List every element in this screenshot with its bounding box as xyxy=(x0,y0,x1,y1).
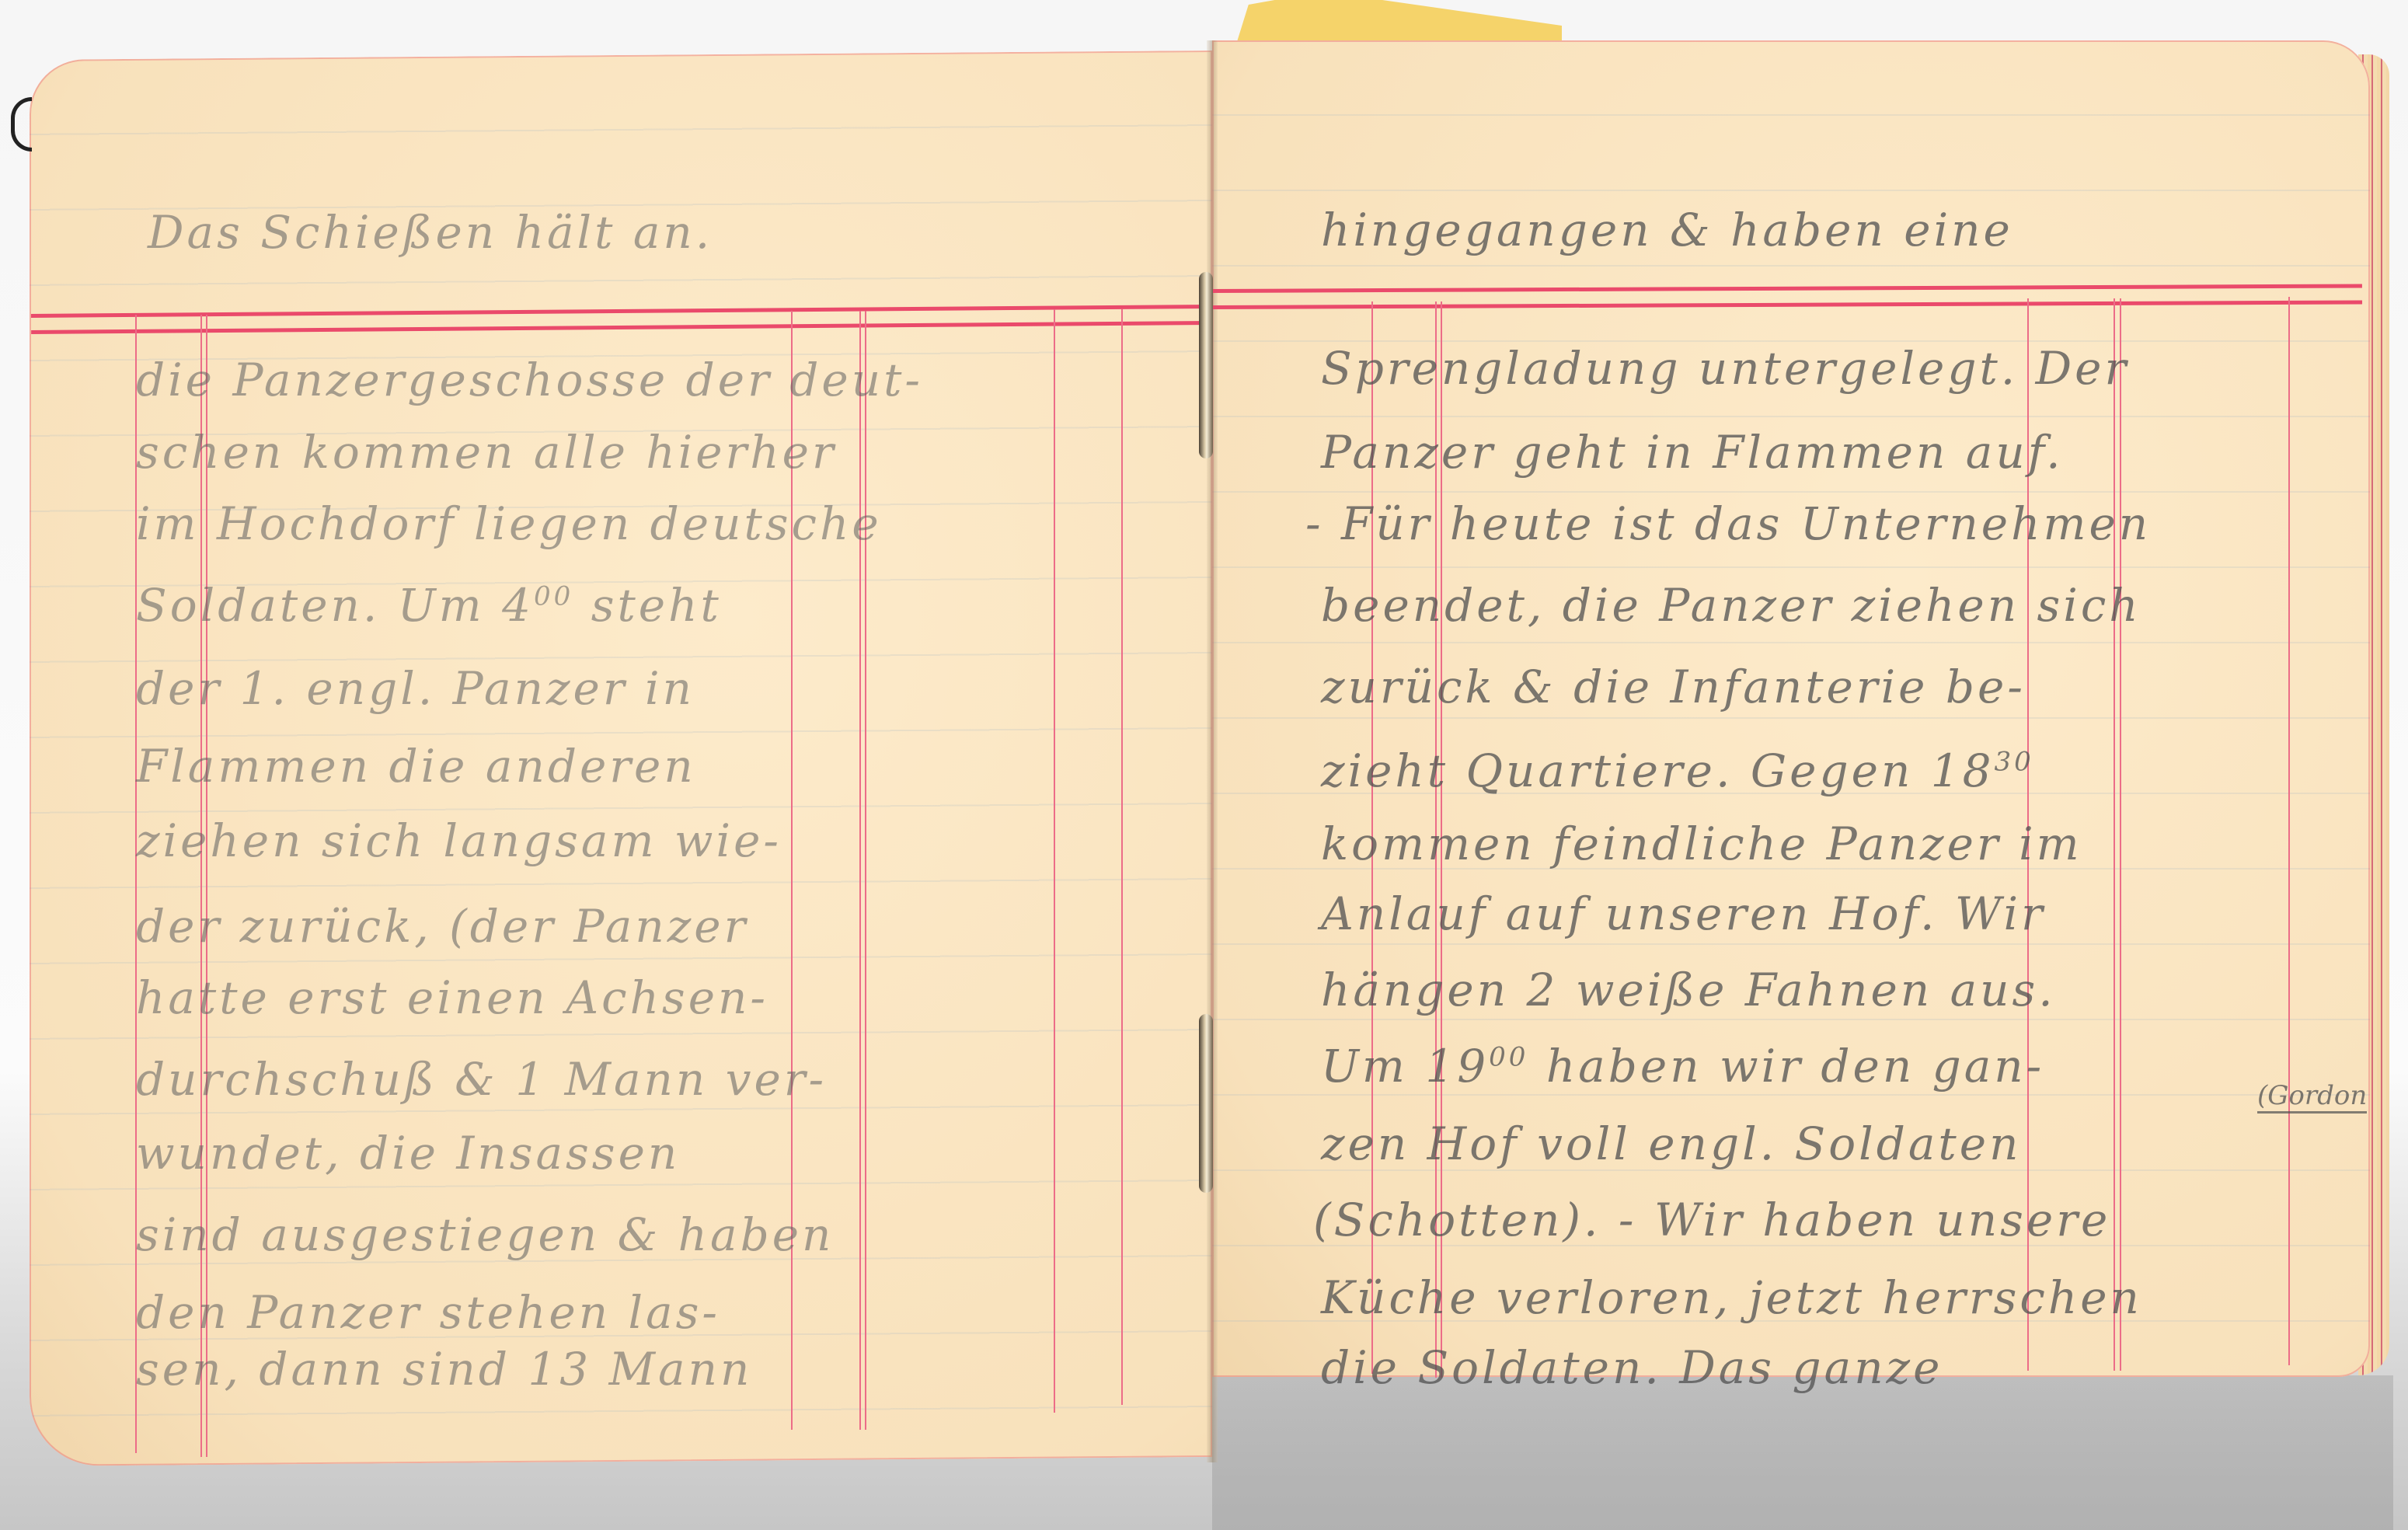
handwritten-line: kommen feindliche Panzer im xyxy=(1321,817,2082,870)
handwritten-line: den Panzer stehen las- xyxy=(136,1286,720,1339)
handwritten-line: Anlauf auf unseren Hof. Wir xyxy=(1321,887,2046,940)
handwritten-line: Sprengladung untergelegt. Der xyxy=(1321,342,2129,395)
line-text: steht xyxy=(573,579,722,632)
column-line xyxy=(1054,309,1055,1413)
handwritten-line: Flammen die anderen xyxy=(136,740,696,793)
column-line xyxy=(2120,298,2121,1371)
yellow-page-tab xyxy=(1235,0,1562,47)
left-header-line: Das Schießen hält an. xyxy=(148,206,713,259)
staple-top xyxy=(1199,272,1213,458)
column-line xyxy=(1121,309,1123,1405)
handwritten-line: sind ausgestiegen & haben xyxy=(136,1208,834,1261)
line-text: Soldaten. Um 4 xyxy=(136,579,534,632)
handwritten-line: der zurück, (der Panzer xyxy=(136,900,748,953)
handwritten-line: Um 1900 haben wir den gan- xyxy=(1321,1040,2044,1093)
book-gutter xyxy=(1207,40,1218,1462)
handwritten-line: Soldaten. Um 400 steht xyxy=(136,579,722,632)
time-minutes: 00 xyxy=(1489,1042,1528,1073)
column-line xyxy=(135,315,137,1453)
handwritten-line: hatte erst einen Achsen- xyxy=(136,971,768,1024)
time-minutes: 30 xyxy=(1995,747,2034,778)
column-line xyxy=(791,311,793,1430)
column-line xyxy=(865,311,866,1430)
line-text: haben wir den gan- xyxy=(1528,1040,2044,1093)
scan-background-shadow xyxy=(1212,1375,2393,1530)
staple-bottom xyxy=(1199,1014,1213,1193)
handwritten-line: sen, dann sind 13 Mann xyxy=(136,1343,752,1396)
handwritten-line: zen Hof voll engl. Soldaten xyxy=(1321,1117,2021,1170)
handwritten-line: durchschuß & 1 Mann ver- xyxy=(136,1053,827,1106)
handwritten-line: schen kommen alle hierher xyxy=(136,426,837,479)
column-line xyxy=(2114,298,2115,1371)
handwritten-line: hängen 2 weiße Fahnen aus. xyxy=(1321,964,2056,1016)
handwritten-line: ziehen sich langsam wie- xyxy=(136,814,782,867)
column-line xyxy=(859,311,861,1430)
handwritten-line: die Soldaten. Das ganze xyxy=(1321,1341,1943,1394)
handwritten-line: die Panzergeschosse der deut- xyxy=(136,354,923,406)
line-text: zieht Quartiere. Gegen 18 xyxy=(1321,744,1995,797)
line-text: Um 19 xyxy=(1321,1040,1489,1093)
handwritten-line: Küche verloren, jetzt herrschen xyxy=(1321,1271,2142,1324)
handwritten-line: Panzer geht in Flammen auf. xyxy=(1321,426,2064,479)
handwritten-line: zieht Quartiere. Gegen 1830 xyxy=(1321,744,2034,797)
handwritten-line: beendet, die Panzer ziehen sich xyxy=(1321,579,2141,632)
handwritten-line: der 1. engl. Panzer in xyxy=(136,662,695,715)
handwritten-line: im Hochdorf liegen deutsche xyxy=(136,497,882,550)
column-line xyxy=(2288,297,2290,1365)
margin-annotation: (Gordon xyxy=(2257,1080,2367,1114)
handwritten-line: - Für heute ist das Unternehmen xyxy=(1305,497,2151,550)
right-header-line: hingegangen & haben eine xyxy=(1321,204,2013,256)
binding-clip-icon xyxy=(11,97,32,152)
handwritten-line: zurück & die Infanterie be- xyxy=(1321,660,2026,713)
time-minutes: 00 xyxy=(534,581,573,612)
handwritten-line: (Schotten). - Wir haben unsere xyxy=(1313,1194,2110,1246)
handwritten-line: wundet, die Insassen xyxy=(136,1127,680,1180)
